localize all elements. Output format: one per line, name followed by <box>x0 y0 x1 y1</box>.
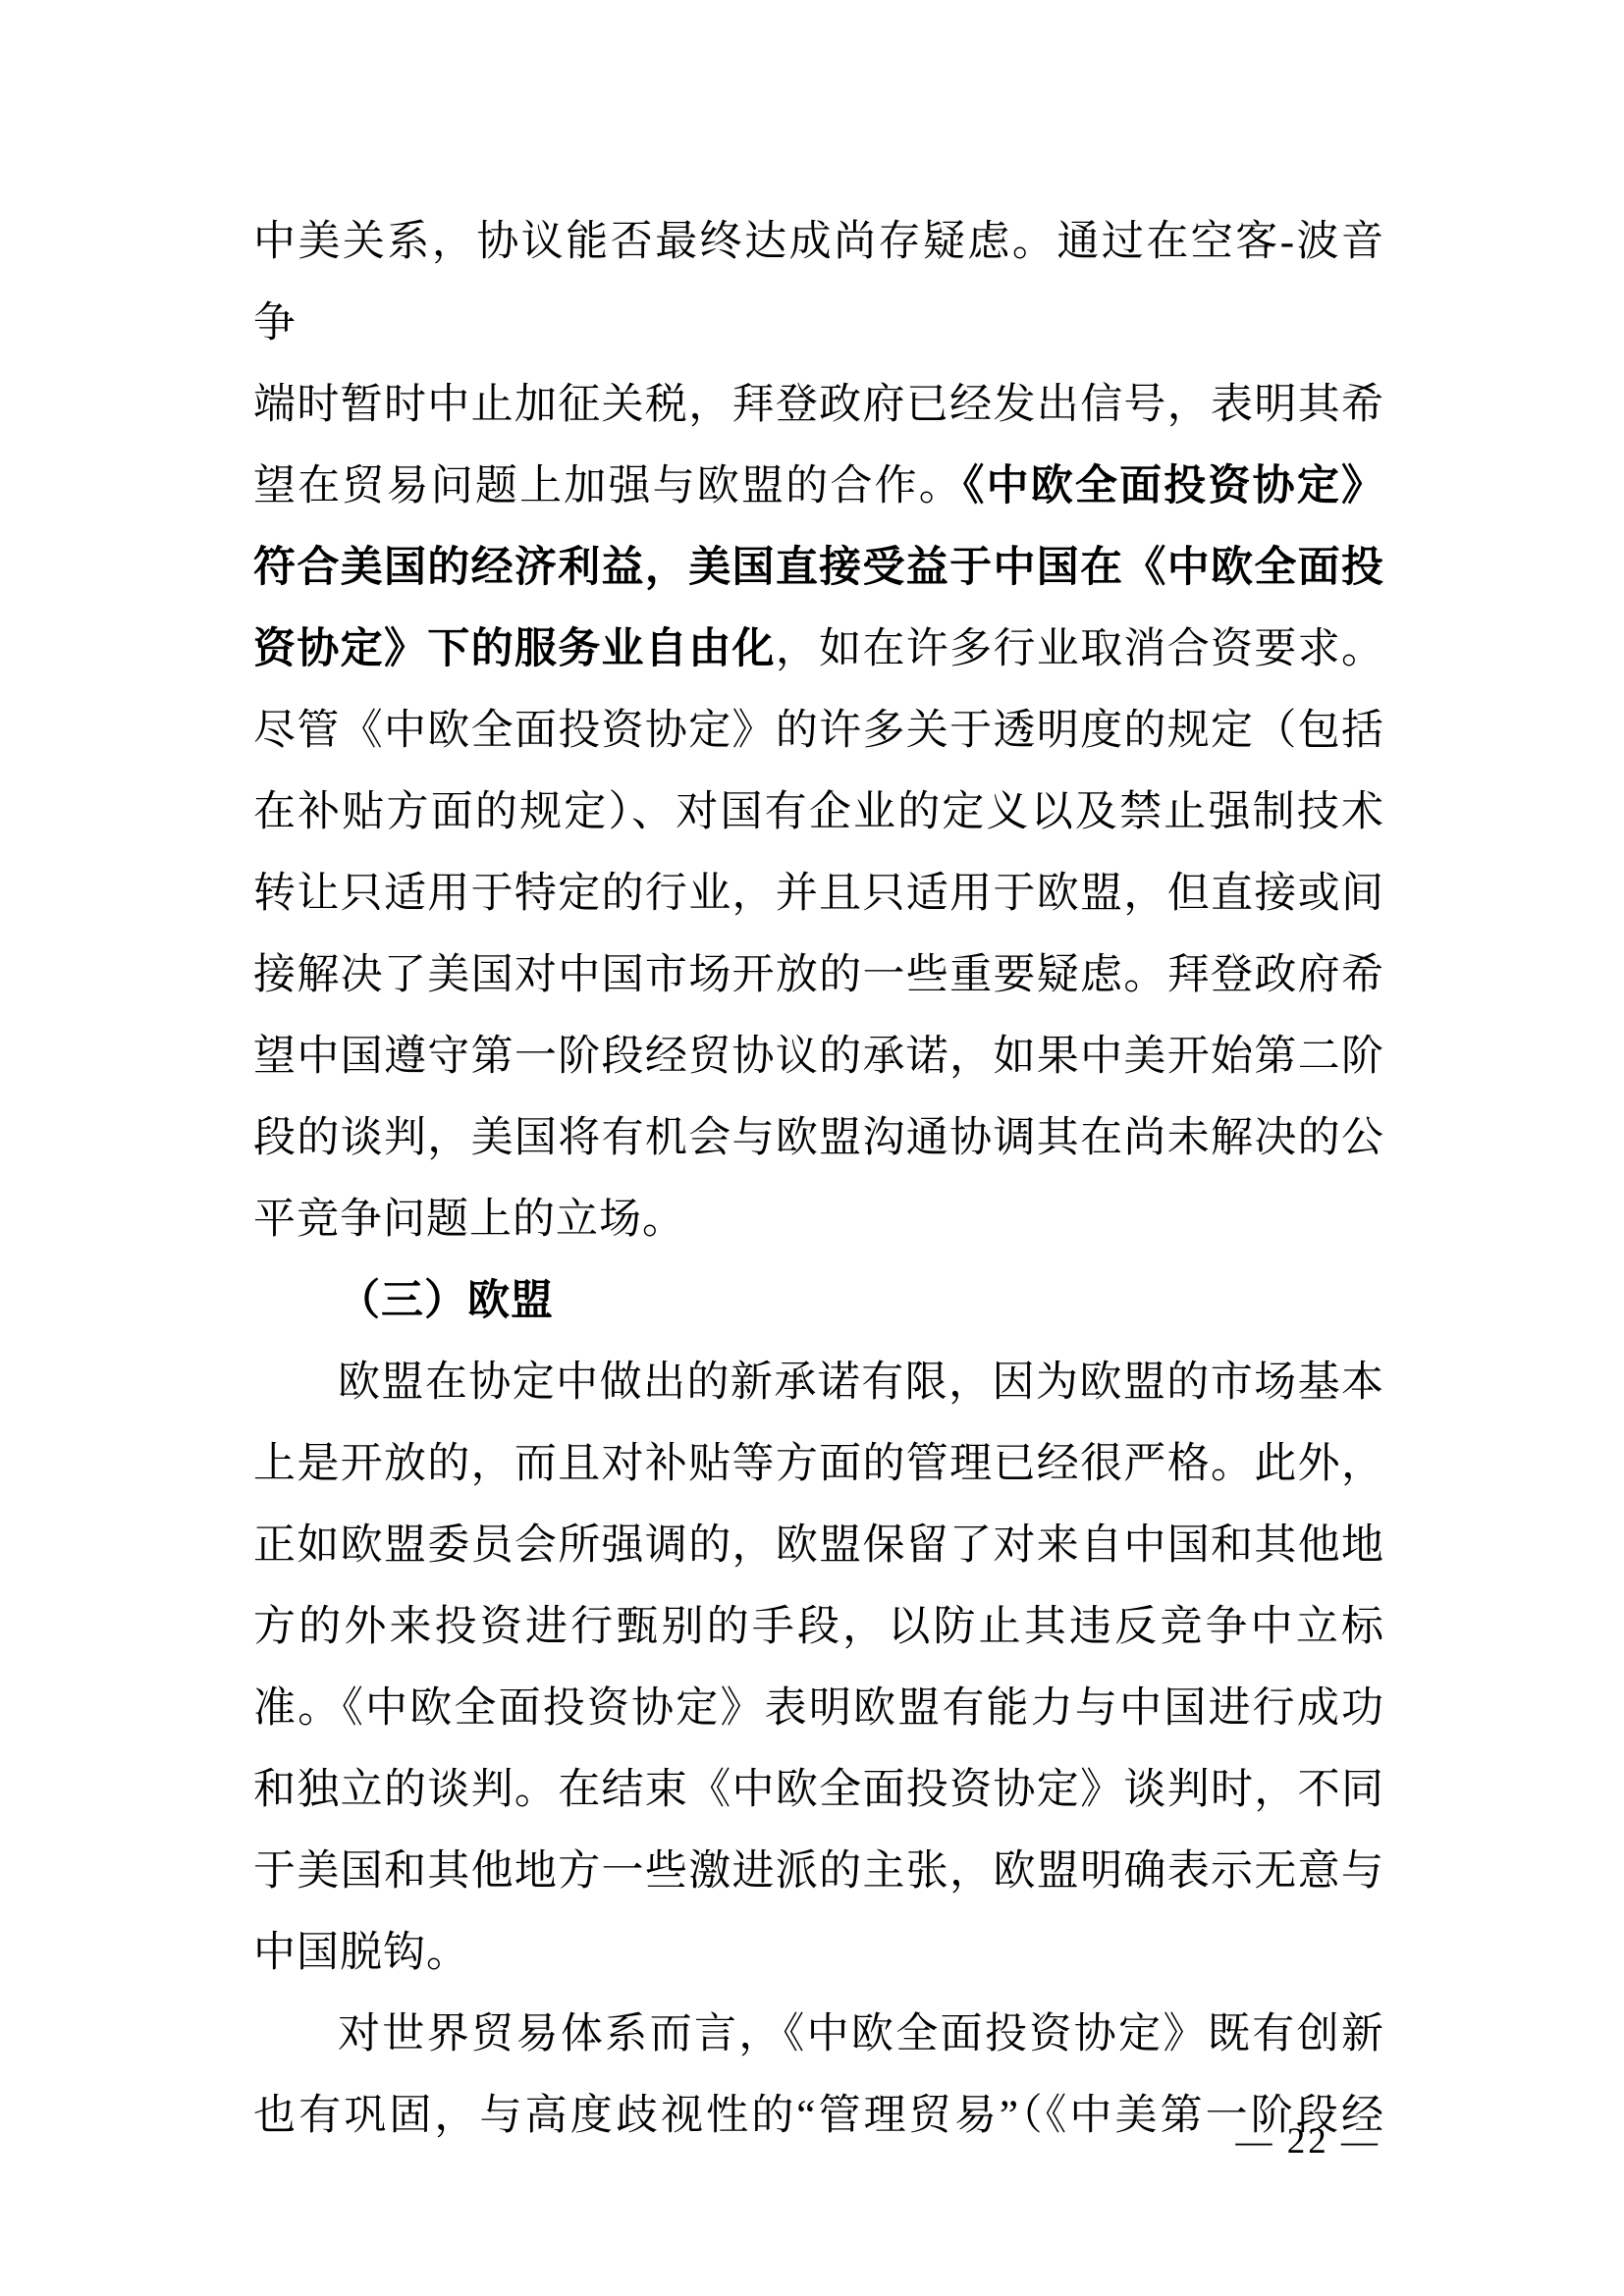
text-segment: 和独立的谈判。在结束《中欧全面投资协定》谈判时，不同 <box>253 1767 1384 1813</box>
text-segment: 方的外来投资进行甄别的手段，以防止其违反竞争中立标 <box>253 1604 1384 1650</box>
text-segment: 转让只适用于特定的行业，并且只适用于欧盟，但直接或间 <box>253 871 1384 917</box>
text-segment: 正如欧盟委员会所强调的，欧盟保留了对来自中国和其他地 <box>253 1522 1384 1569</box>
text-line: 中国脱钩。 <box>253 1912 1384 1994</box>
bold-text-segment: 符合美国的经济利益，美国直接受益于中国在《中欧全面投 <box>253 544 1384 591</box>
text-segment: 准。《中欧全面投资协定》表明欧盟有能力与中国进行成功 <box>253 1685 1384 1732</box>
text-line: 转让只适用于特定的行业，并且只适用于欧盟，但直接或间 <box>253 853 1384 934</box>
page-number: — 22 — <box>1236 2120 1381 2163</box>
text-segment: 中美关系，协议能否最终达成尚存疑虑。通过在空客-波音争 <box>253 219 1384 347</box>
text-line: 望中国遵守第一阶段经贸协议的承诺，如果中美开始第二阶 <box>253 1016 1384 1097</box>
text-line: 端时暂时中止加征关税，拜登政府已经发出信号，表明其希 <box>253 364 1384 446</box>
text-segment: 望在贸易问题上加强与欧盟的合作。 <box>253 463 963 509</box>
text-line: 接解决了美国对中国市场开放的一些重要疑虑。拜登政府希 <box>253 934 1384 1016</box>
text-line: 准。《中欧全面投资协定》表明欧盟有能力与中国进行成功 <box>253 1668 1384 1749</box>
text-line: 段的谈判，美国将有机会与欧盟沟通协调其在尚未解决的公 <box>253 1097 1384 1179</box>
bold-text-segment: 《中欧全面投资协定》 <box>963 462 1384 509</box>
text-line: 中美关系，协议能否最终达成尚存疑虑。通过在空客-波音争 <box>253 201 1384 364</box>
text-segment: 望中国遵守第一阶段经贸协议的承诺，如果中美开始第二阶 <box>253 1034 1384 1080</box>
text-segment: 端时暂时中止加征关税，拜登政府已经发出信号，表明其希 <box>253 382 1384 428</box>
text-line: 尽管《中欧全面投资协定》的许多关于透明度的规定（包括 <box>253 690 1384 772</box>
bold-text-segment: （三）欧盟 <box>338 1277 554 1324</box>
text-segment: 在补贴方面的规定）、对国有企业的定义以及禁止强制技术 <box>253 789 1384 835</box>
text-segment: 尽管《中欧全面投资协定》的许多关于透明度的规定（包括 <box>253 708 1384 754</box>
text-segment: 对世界贸易体系而言，《中欧全面投资协定》既有创新 <box>338 2011 1384 2057</box>
body-text: 中美关系，协议能否最终达成尚存疑虑。通过在空客-波音争端时暂时中止加征关税，拜登… <box>253 201 1384 2157</box>
text-line: 上是开放的，而且对补贴等方面的管理已经很严格。此外， <box>253 1423 1384 1505</box>
text-line: 欧盟在协定中做出的新承诺有限，因为欧盟的市场基本 <box>253 1342 1384 1423</box>
text-line: 平竞争问题上的立场。 <box>253 1179 1384 1260</box>
text-segment: 也有巩固，与高度歧视性的“管理贸易”（《中美第一阶段经 <box>253 2093 1384 2139</box>
text-line: 资协定》下的服务业自由化，如在许多行业取消合资要求。 <box>253 609 1384 690</box>
text-segment: 中国脱钩。 <box>253 1930 469 1976</box>
text-segment: 欧盟在协定中做出的新承诺有限，因为欧盟的市场基本 <box>338 1360 1384 1406</box>
text-line: 符合美国的经济利益，美国直接受益于中国在《中欧全面投 <box>253 527 1384 609</box>
text-segment: 上是开放的，而且对补贴等方面的管理已经很严格。此外， <box>253 1441 1384 1487</box>
text-segment: 平竞争问题上的立场。 <box>253 1197 685 1243</box>
text-line: 于美国和其他地方一些激进派的主张，欧盟明确表示无意与 <box>253 1831 1384 1912</box>
bold-text-segment: 资协定》下的服务业自由化 <box>253 625 776 672</box>
text-line: （三）欧盟 <box>253 1260 1384 1342</box>
text-segment: 于美国和其他地方一些激进派的主张，欧盟明确表示无意与 <box>253 1848 1384 1895</box>
text-line: 在补贴方面的规定）、对国有企业的定义以及禁止强制技术 <box>253 772 1384 853</box>
text-line: 正如欧盟委员会所强调的，欧盟保留了对来自中国和其他地 <box>253 1505 1384 1586</box>
document-page: 中美关系，协议能否最终达成尚存疑虑。通过在空客-波音争端时暂时中止加征关税，拜登… <box>0 0 1624 2296</box>
text-segment: 接解决了美国对中国市场开放的一些重要疑虑。拜登政府希 <box>253 952 1384 998</box>
text-line: 方的外来投资进行甄别的手段，以防止其违反竞争中立标 <box>253 1586 1384 1668</box>
text-line: 和独立的谈判。在结束《中欧全面投资协定》谈判时，不同 <box>253 1749 1384 1831</box>
text-segment: 段的谈判，美国将有机会与欧盟沟通协调其在尚未解决的公 <box>253 1115 1384 1161</box>
text-line: 对世界贸易体系而言，《中欧全面投资协定》既有创新 <box>253 1994 1384 2075</box>
text-line: 也有巩固，与高度歧视性的“管理贸易”（《中美第一阶段经 <box>253 2075 1384 2157</box>
text-line: 望在贸易问题上加强与欧盟的合作。《中欧全面投资协定》 <box>253 446 1384 527</box>
text-segment: ，如在许多行业取消合资要求。 <box>776 626 1384 672</box>
